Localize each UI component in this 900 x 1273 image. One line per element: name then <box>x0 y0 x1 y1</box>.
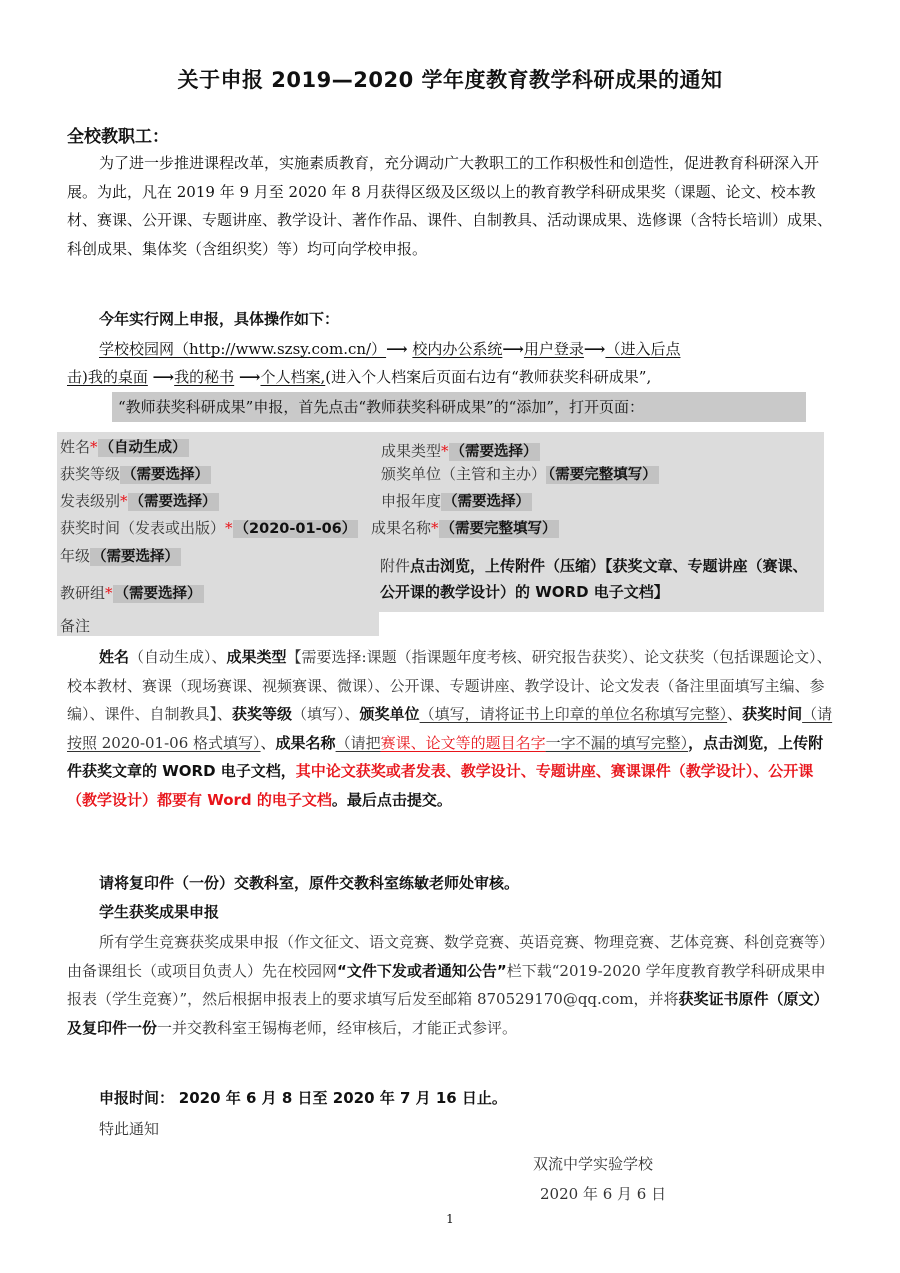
required-star: * <box>431 519 439 537</box>
required-star: * <box>120 492 128 510</box>
salutation: 全校教职工： <box>67 122 169 147</box>
deadline-label: 申报时间： <box>99 1089 174 1107</box>
field-publish-level: 发表级别*（需要选择） <box>60 490 219 511</box>
field-award-time-value[interactable]: （2020-01-06） <box>233 520 359 538</box>
required-star: * <box>441 442 449 460</box>
field-grade-value[interactable]: （需要选择） <box>90 548 181 566</box>
arrow-icon: ⟶ <box>153 368 175 386</box>
field-result-name-value[interactable]: （需要完整填写） <box>439 520 559 538</box>
nav-path-tail: (进入个人档案后页面右边有“教师获奖科研成果”, <box>325 368 651 386</box>
deadline-value: 2020 年 6 月 8 日至 2020 年 7 月 16 日止。 <box>179 1089 507 1107</box>
field-declare-year-value[interactable]: （需要选择） <box>441 493 532 511</box>
required-star: * <box>225 519 233 537</box>
intro-paragraph: 为了进一步推进课程改革，实施素质教育，充分调动广大教职工的工作积极性和创造性，促… <box>67 149 837 263</box>
document-title: 关于申报 2019—2020 学年度教育教学科研成果的通知 <box>0 64 900 94</box>
field-award-time: 获奖时间（发表或出版）*（2020-01-06） <box>60 517 358 538</box>
closing: 特此通知 <box>99 1118 159 1139</box>
nav-step-website: 学校校园网（http://www.szsy.com.cn/） <box>99 340 386 358</box>
field-publish-level-value[interactable]: （需要选择） <box>128 493 219 511</box>
arrow-icon: ⟶ <box>239 368 261 386</box>
instructions-paragraph: 姓名（自动生成）、成果类型【需要选择:课题（指课题年度考核、研究报告获奖）、论文… <box>67 643 837 814</box>
arrow-icon: ⟶ <box>584 340 606 358</box>
arrow-icon: ⟶ <box>502 340 524 358</box>
field-remark: 备注 <box>60 615 90 636</box>
student-paragraph: 所有学生竞赛获奖成果申报（作文征文、语文竞赛、数学竞赛、英语竞赛、物理竞赛、艺体… <box>67 928 837 1042</box>
field-name-value[interactable]: （自动生成） <box>98 439 189 457</box>
signature-org: 双流中学实验学校 <box>533 1153 653 1174</box>
field-name: 姓名*（自动生成） <box>60 436 189 457</box>
field-result-name: 成果名称*（需要完整填写） <box>371 517 559 538</box>
field-teaching-group-value[interactable]: （需要选择） <box>113 585 204 603</box>
field-attachment: 附件点击浏览，上传附件（压缩）【获奖文章、专题讲座（赛课、公开课的教学设计）的 … <box>380 553 820 605</box>
online-heading: 今年实行网上申报，具体操作如下： <box>99 308 339 329</box>
copy-note: 请将复印件（一份）交教科室，原件交教科室练敏老师处审核。 <box>99 872 519 893</box>
field-grade: 年级（需要选择） <box>60 545 181 566</box>
nav-step-secretary: 我的秘书 <box>174 368 234 386</box>
nav-step-desktop: 击)我的桌面 <box>67 368 148 386</box>
field-result-type: 成果类型*（需要选择） <box>381 440 540 461</box>
nav-path-line-1: 学校校园网（http://www.szsy.com.cn/）⟶ 校内办公系统⟶用… <box>99 338 680 359</box>
field-declare-year: 申报年度（需要选择） <box>381 490 532 511</box>
signature-date: 2020 年 6 月 6 日 <box>540 1183 666 1204</box>
field-teaching-group: 教研组*（需要选择） <box>60 582 204 603</box>
highlight-line: “教师获奖科研成果”申报，首先点击“教师获奖科研成果”的“添加”，打开页面： <box>118 396 644 417</box>
field-issuer: 颁奖单位（主管和主办）（需要完整填写） <box>381 463 659 484</box>
nav-step-enter: （进入后点 <box>605 340 680 358</box>
nav-step-office-system: 校内办公系统 <box>412 340 502 358</box>
attachment-browse-text[interactable]: 点击浏览，上传附件（压缩）【获奖文章、专题讲座（赛课、公开课的教学设计）的 WO… <box>380 557 808 601</box>
nav-step-profile: 个人档案, <box>260 368 325 386</box>
student-heading: 学生获奖成果申报 <box>99 901 219 922</box>
deadline-line: 申报时间： 2020 年 6 月 8 日至 2020 年 7 月 16 日止。 <box>99 1087 507 1108</box>
field-award-level-value[interactable]: （需要选择） <box>120 466 211 484</box>
arrow-icon: ⟶ <box>386 340 408 358</box>
form-screenshot-panel-remark <box>57 612 379 636</box>
nav-path-line-2: 击)我的桌面 ⟶我的秘书 ⟶个人档案,(进入个人档案后页面右边有“教师获奖科研成… <box>67 366 651 387</box>
field-result-type-value[interactable]: （需要选择） <box>449 443 540 461</box>
field-issuer-value[interactable]: （需要完整填写） <box>546 466 659 484</box>
page-number: 1 <box>0 1212 900 1226</box>
required-star: * <box>105 584 113 602</box>
nav-step-login: 用户登录 <box>524 340 584 358</box>
required-star: * <box>90 438 98 456</box>
field-award-level: 获奖等级（需要选择） <box>60 463 211 484</box>
